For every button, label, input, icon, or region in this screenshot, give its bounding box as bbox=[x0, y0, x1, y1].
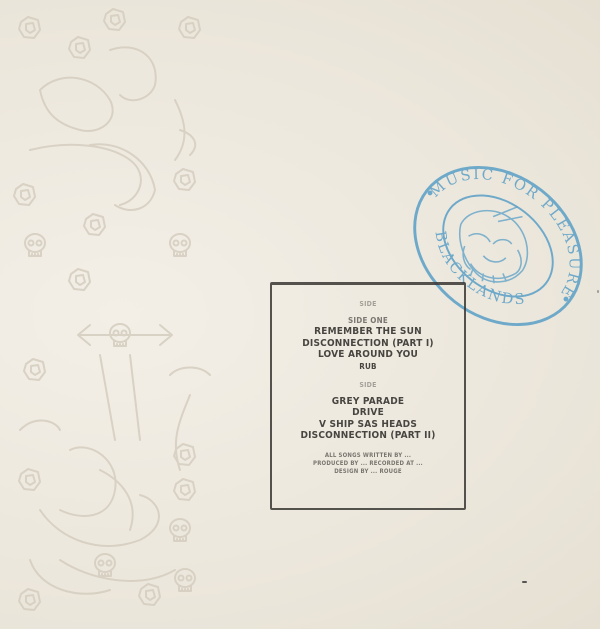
stamp-credits: ALL SONGS WRITTEN BY ... PRODUCED BY ...… bbox=[272, 452, 464, 476]
paper-speck bbox=[597, 290, 599, 293]
side-b-line: DISCONNECTION (PART II) bbox=[272, 430, 464, 442]
side-a-line: DISCONNECTION (PART I) bbox=[272, 338, 464, 350]
side-a-line: REMEMBER THE SUN bbox=[272, 326, 464, 338]
paper-speck bbox=[522, 581, 527, 583]
side-a-line: LOVE AROUND YOU bbox=[272, 349, 464, 361]
credit-line: DESIGN BY ... ROUGE bbox=[272, 468, 464, 476]
record-sleeve-back: MUSIC FOR PLEASURE BLACKLANDS bbox=[0, 0, 600, 629]
side-a-line: RUB bbox=[272, 361, 464, 373]
side-b-line: GREY PARADE bbox=[272, 396, 464, 408]
credit-line: ALL SONGS WRITTEN BY ... bbox=[272, 452, 464, 460]
credit-line: PRODUCED BY ... RECORDED AT ... bbox=[272, 460, 464, 468]
side-b-header: SIDE bbox=[272, 380, 464, 392]
side-b-line: V SHIP SAS HEADS bbox=[272, 419, 464, 431]
side-b-line: DRIVE bbox=[272, 407, 464, 419]
black-tracklist-stamp: SIDE SIDE ONE REMEMBER THE SUN DISCONNEC… bbox=[270, 282, 466, 510]
side-a-line: SIDE ONE bbox=[272, 315, 464, 327]
embossed-skull-rose-pattern bbox=[0, 0, 230, 629]
side-a-header: SIDE bbox=[272, 299, 464, 311]
